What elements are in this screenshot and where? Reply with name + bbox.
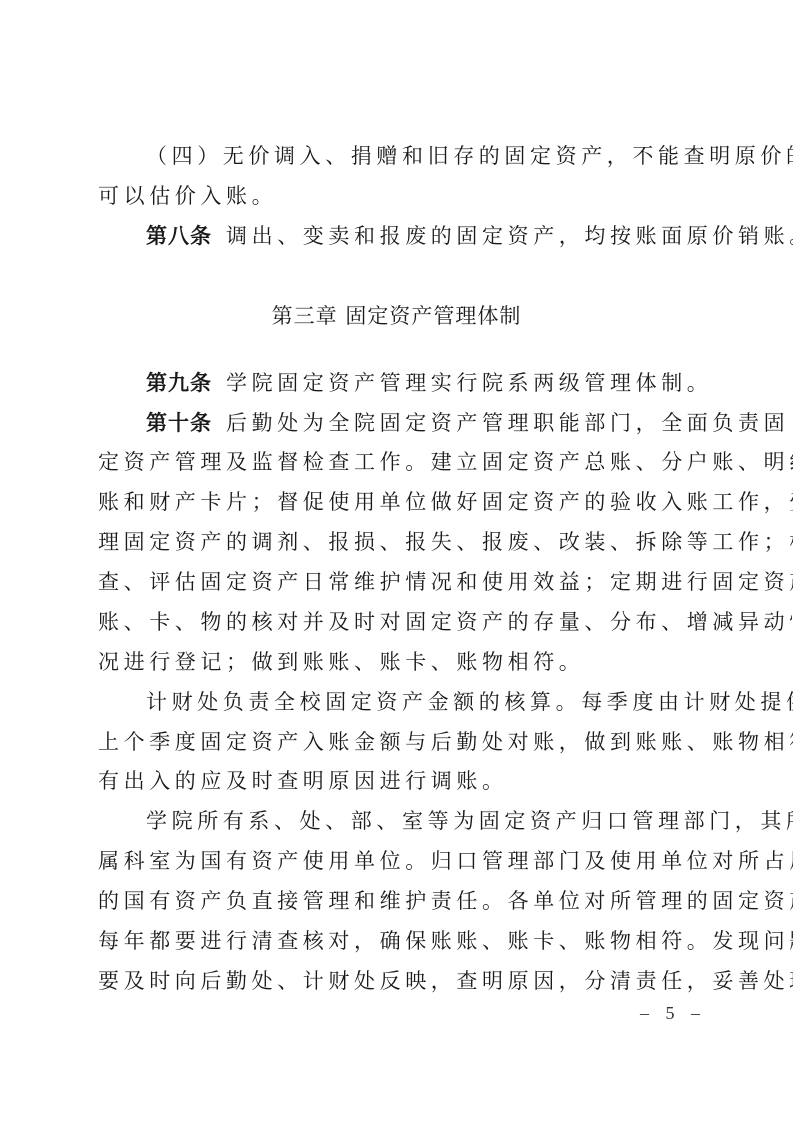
departments-line-2: 属科室为国有资产使用单位。归口管理部门及使用单位对所占用 [98, 848, 698, 874]
article-9: 第九条学院固定资产管理实行院系两级管理体制。 [146, 370, 746, 396]
article-8-label: 第八条 [146, 224, 212, 248]
item-4-line-2: 可以估价入账。 [98, 183, 698, 209]
finance-line-3: 有出入的应及时查明原因进行调账。 [98, 768, 698, 794]
article-10-line-3: 账和财产卡片；督促使用单位做好固定资产的验收入账工作，受 [98, 489, 698, 515]
article-8-text: 调出、变卖和报废的固定资产，均按账面原价销账。 [226, 224, 793, 248]
article-10-line-5: 查、评估固定资产日常维护情况和使用效益；定期进行固定资产 [98, 569, 698, 595]
article-10-text-line-1: 后勤处为全院固定资产管理职能部门，全面负责固 [226, 411, 789, 435]
article-10-label: 第十条 [146, 411, 212, 435]
departments-line-3: 的国有资产负直接管理和维护责任。各单位对所管理的固定资产 [98, 888, 698, 914]
departments-line-4: 每年都要进行清查核对，确保账账、账卡、账物相符。发现问题 [98, 928, 698, 954]
finance-line-2: 上个季度固定资产入账金额与后勤处对账，做到账账、账物相符， [98, 729, 698, 755]
page-number: – 5 – [640, 1003, 706, 1024]
document-page: （四）无价调入、捐赠和旧存的固定资产，不能查明原价的， 可以估价入账。 第八条调… [0, 0, 793, 1122]
departments-line-1: 学院所有系、处、部、室等为固定资产归口管理部门，其所 [146, 808, 746, 834]
article-10-line-4: 理固定资产的调剂、报损、报失、报废、改装、拆除等工作；检 [98, 529, 698, 555]
chapter-heading: 第三章 固定资产管理体制 [0, 300, 793, 330]
article-10-line-2: 定资产管理及监督检查工作。建立固定资产总账、分户账、明细 [98, 449, 698, 475]
article-9-text: 学院固定资产管理实行院系两级管理体制。 [226, 371, 712, 395]
article-9-label: 第九条 [146, 371, 212, 395]
article-10-line-7: 况进行登记；做到账账、账卡、账物相符。 [98, 649, 698, 675]
article-8: 第八条调出、变卖和报废的固定资产，均按账面原价销账。 [146, 223, 746, 249]
article-10: 第十条后勤处为全院固定资产管理职能部门，全面负责固 [146, 410, 746, 436]
article-10-line-6: 账、卡、物的核对并及时对固定资产的存量、分布、增减异动情 [98, 609, 698, 635]
finance-line-1: 计财处负责全校固定资产金额的核算。每季度由计财处提供 [146, 689, 746, 715]
departments-line-5: 要及时向后勤处、计财处反映，查明原因，分清责任，妥善处理。 [98, 968, 698, 994]
item-4-line-1: （四）无价调入、捐赠和旧存的固定资产，不能查明原价的， [146, 143, 746, 169]
